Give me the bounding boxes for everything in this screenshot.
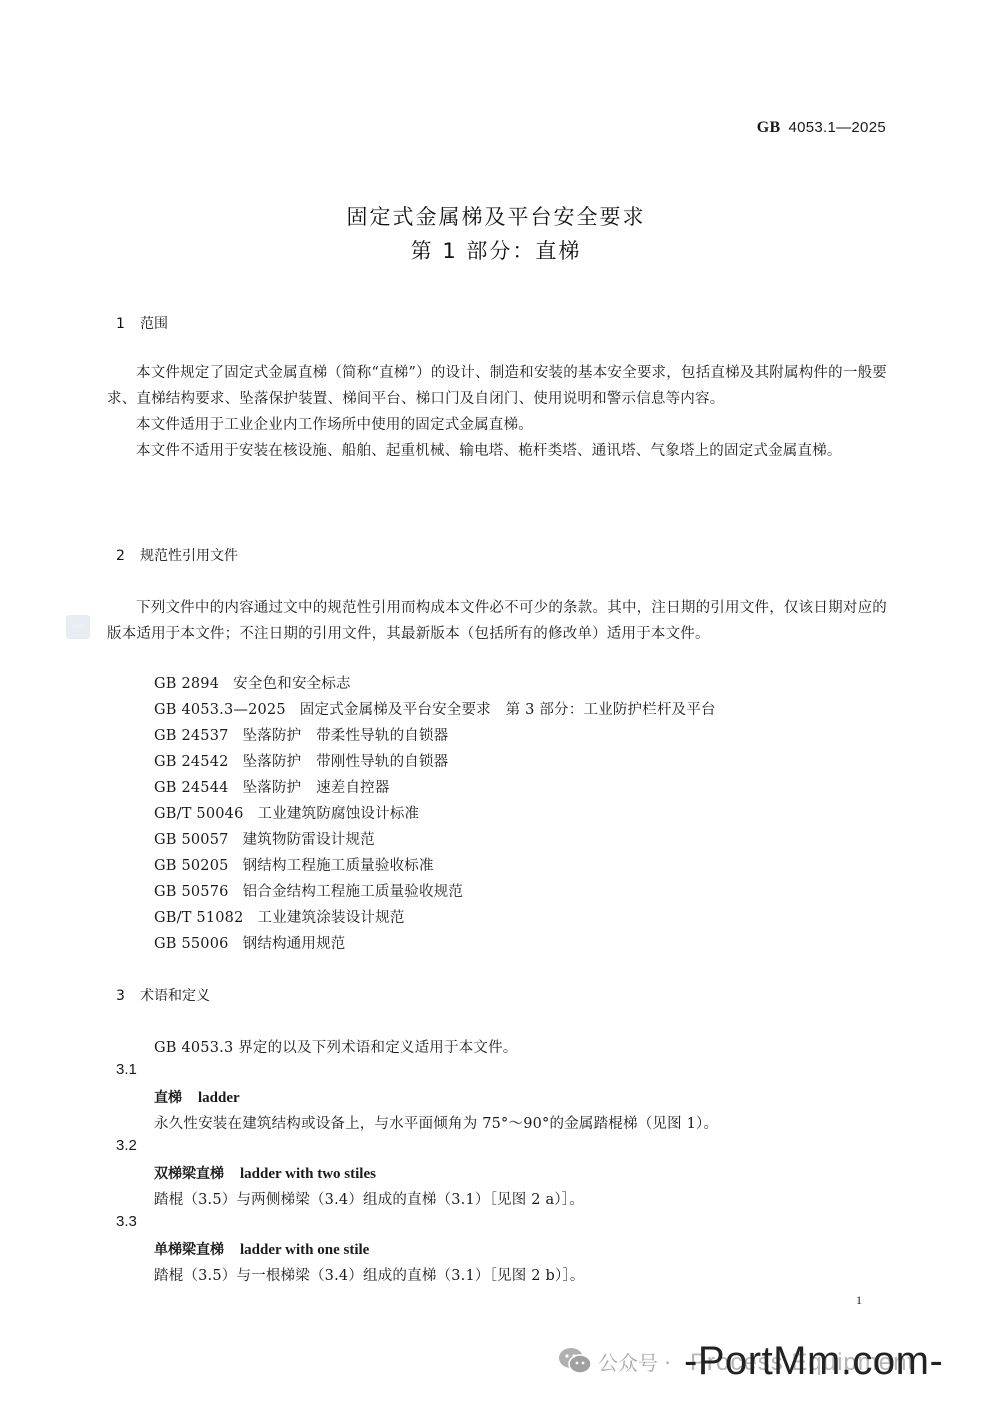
page-number: 1 [856, 1293, 862, 1308]
term-en: ladder [198, 1090, 240, 1106]
wechat-icon [558, 1347, 592, 1375]
term-number: 3.1 [116, 1061, 137, 1078]
reference-title: 固定式金属梯及平台安全要求 第 3 部分：工业防护栏杆及平台 [300, 702, 716, 718]
paragraph: 本文件规定了固定式金属直梯（简称“直梯”）的设计、制造和安装的基本安全要求，包括… [107, 360, 887, 412]
reference-code: GB 24537 [154, 728, 229, 744]
wechat-label: 公众号 · [598, 1347, 671, 1376]
term-title: 双梯梁直梯ladder with two stiles [154, 1163, 376, 1183]
term-en: ladder with two stiles [240, 1166, 376, 1182]
reference-title: 钢结构通用规范 [243, 936, 346, 952]
reference-title: 坠落防护 带柔性导轨的自锁器 [243, 728, 449, 744]
section-number: 3 [116, 988, 140, 1004]
standard-number: GB4053.1—2025 [757, 118, 886, 137]
reference-code: GB 50576 [154, 884, 229, 900]
reference-title: 安全色和安全标志 [233, 676, 351, 692]
paragraph: 下列文件中的内容通过文中的规范性引用而构成本文件必不可少的条款。其中，注日期的引… [107, 595, 887, 647]
reference-title: 铝合金结构工程施工质量验收规范 [243, 884, 464, 900]
scope-body: 本文件规定了固定式金属直梯（简称“直梯”）的设计、制造和安装的基本安全要求，包括… [107, 360, 887, 464]
terms-intro: GB 4053.3 界定的以及下列术语和定义适用于本文件。 [154, 1036, 518, 1057]
reference-item: GB 50205钢结构工程施工质量验收标准 [154, 854, 434, 875]
reference-title: 坠落防护 带刚性导轨的自锁器 [243, 754, 449, 770]
reference-item: GB 24544坠落防护 速差自控器 [154, 776, 390, 797]
document-subtitle: 第 1 部分：直梯 [0, 235, 992, 265]
paragraph: 本文件适用于工业企业内工作场所中使用的固定式金属直梯。 [107, 412, 887, 438]
reference-title: 坠落防护 速差自控器 [243, 780, 390, 796]
reference-code: GB 50205 [154, 858, 229, 874]
term-en: ladder with one stile [240, 1242, 369, 1258]
reference-title: 钢结构工程施工质量验收标准 [243, 858, 434, 874]
reference-item: GB/T 51082工业建筑涂装设计规范 [154, 906, 405, 927]
reference-title: 建筑物防雷设计规范 [243, 832, 375, 848]
section-title: 术语和定义 [140, 988, 210, 1004]
section-title: 范围 [140, 316, 168, 332]
section-heading-scope: 1范围 [116, 313, 168, 333]
term-title: 直梯ladder [154, 1087, 240, 1107]
term-zh: 单梯梁直梯 [154, 1242, 224, 1258]
standard-prefix: GB [757, 119, 781, 136]
section-title: 规范性引用文件 [140, 548, 238, 564]
reference-item: GB 24542坠落防护 带刚性导轨的自锁器 [154, 750, 448, 771]
reference-code: GB 4053.3—2025 [154, 702, 286, 718]
reference-item: GB/T 50046工业建筑防腐蚀设计标准 [154, 802, 419, 823]
reference-code: GB 2894 [154, 676, 219, 692]
term-title: 单梯梁直梯ladder with one stile [154, 1239, 369, 1259]
references-intro: 下列文件中的内容通过文中的规范性引用而构成本文件必不可少的条款。其中，注日期的引… [107, 595, 887, 647]
reference-item: GB 50057建筑物防雷设计规范 [154, 828, 375, 849]
term-definition: 踏棍（3.5）与一根梯梁（3.4）组成的直梯（3.1）［见图 2 b）］。 [154, 1264, 585, 1285]
paragraph: 本文件不适用于安装在核设施、船舶、起重机械、输电塔、桅杆类塔、通讯塔、气象塔上的… [107, 438, 887, 464]
term-number: 3.3 [116, 1213, 137, 1230]
section-number: 1 [116, 316, 140, 332]
term-number: 3.2 [116, 1137, 137, 1154]
document-title: 固定式金属梯及平台安全要求 [0, 201, 992, 231]
section-number: 2 [116, 548, 140, 564]
term-definition: 踏棍（3.5）与两侧梯梁（3.4）组成的直梯（3.1）［见图 2 a）］。 [154, 1188, 584, 1209]
reference-code: GB 24544 [154, 780, 229, 796]
sac-logo-icon: SAC [66, 615, 90, 639]
term-zh: 直梯 [154, 1090, 182, 1106]
watermark-site-text: -PortMm.com- [684, 1339, 943, 1384]
reference-item: GB 2894安全色和安全标志 [154, 672, 351, 693]
section-heading-normative-references: 2规范性引用文件 [116, 545, 238, 565]
reference-item: GB 55006钢结构通用规范 [154, 932, 345, 953]
reference-code: GB/T 51082 [154, 910, 244, 926]
standard-code: 4053.1—2025 [788, 119, 886, 136]
reference-title: 工业建筑防腐蚀设计标准 [258, 806, 420, 822]
reference-title: 工业建筑涂装设计规范 [258, 910, 405, 926]
section-heading-terms: 3术语和定义 [116, 985, 210, 1005]
reference-code: GB/T 50046 [154, 806, 244, 822]
reference-item: GB 24537坠落防护 带柔性导轨的自锁器 [154, 724, 448, 745]
term-zh: 双梯梁直梯 [154, 1166, 224, 1182]
reference-item: GB 50576铝合金结构工程施工质量验收规范 [154, 880, 463, 901]
reference-item: GB 4053.3—2025固定式金属梯及平台安全要求 第 3 部分：工业防护栏… [154, 698, 716, 719]
reference-code: GB 24542 [154, 754, 229, 770]
term-definition: 永久性安装在建筑结构或设备上，与水平面倾角为 75°～90°的金属踏棍梯（见图 … [154, 1112, 718, 1133]
reference-code: GB 50057 [154, 832, 229, 848]
reference-code: GB 55006 [154, 936, 229, 952]
